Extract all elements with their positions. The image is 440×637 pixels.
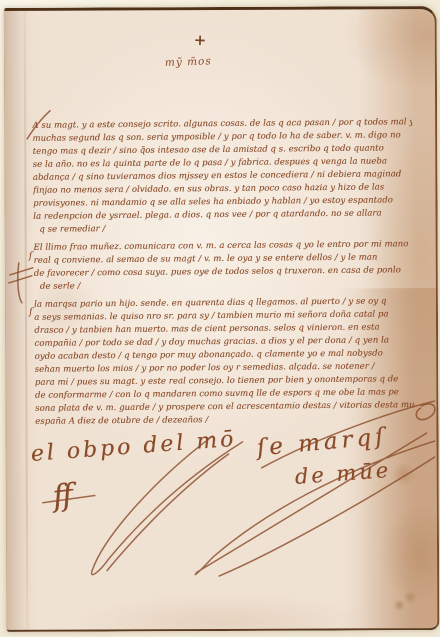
paragraph-mark: ſ [29,251,33,262]
paragraph-3: la marqsa pario un hijo. sende. en quare… [34,295,415,429]
invocation-cross: + [194,31,207,49]
paragraph-1: A su magt. y a este consejo scrito. algu… [32,116,413,237]
letter-body: A su magt. y a este consejo scrito. algu… [32,116,415,434]
signature-paraph-ff: ff [51,478,73,515]
manuscript-line: q se remediar / [33,220,413,237]
manuscript-scan: + mỹ m̃os ſ ſ A su magt. y a este consej… [0,0,440,637]
salutation-abbreviation: mỹ m̃os [165,55,212,69]
paragraph-2: El llimo frao muñez. comunicara con v. m… [33,238,413,294]
manuscript-page: + mỹ m̃os ſ ſ A su magt. y a este consej… [4,6,440,632]
paragraph-mark: ſ [29,307,33,318]
